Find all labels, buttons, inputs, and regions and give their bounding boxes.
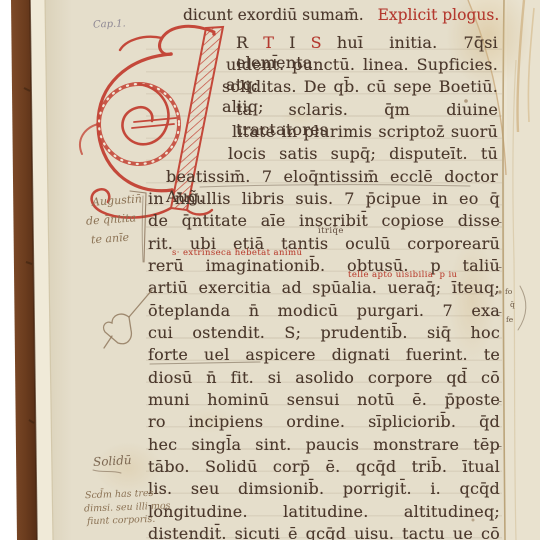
text-line: locis satis supq̄; disputeīt. tū [228,144,498,165]
prologue-ending-text: dicunt exordiū sumam̄. [183,6,364,24]
interlinear-gloss-red: telle apto uisibilia· p iu [348,270,457,280]
text-line: beatissim̄. 7 eloq̄ntissim̄ ecclē doctor… [166,167,498,188]
line-filler-dash: - [498,215,502,229]
opening-letter-r: R [236,33,248,52]
opening-letter-t: T [263,33,274,52]
text-line: cui ostendit. S; prudentib̄. siq̄ hoc [148,323,500,344]
initial-letter-text: A [114,44,201,183]
text-line: soliditas. De qb̄. cū sepe Boetiū. aliiq… [222,77,498,98]
opening-letter-i: I [289,33,296,52]
chapter-mark: Cap.1. [93,18,126,30]
edge-scribble: fe [506,315,513,324]
text-line: in n̄nullis libris suis. 7 p̄cipue in eo… [148,189,500,210]
header-line: dicunt exordiū sumam̄. Explicit plogus. [183,6,499,24]
text-line: muni hominū sensui notū ē. p̄poste [148,390,500,411]
text-line: artiū exercitia ad spūalia. ueraq̄; īteu… [148,278,500,299]
text-line: ōteplanda n̄ modicū purgari. 7 exa [148,301,500,322]
text-line: hec singl̄a sint. paucis monstrare tēp [148,435,500,456]
explicit-rubric: Explicit plogus. [378,6,500,24]
text-line: longitudine. latitudine. altitudineq; [148,502,500,523]
text-line-opening: RTIShuī initia. 7q̄si elementa [236,33,498,54]
text-line: ro incipiens ordine. sīpliciorib̄. q̄d [148,412,500,433]
interlinear-gloss-dark: ītriq̄e [318,226,344,236]
opening-letter-s: S [311,33,322,52]
text-line: tābo. Solidū corp̄ ē. qcq̄d trib̄. ītual [148,457,500,478]
text-line: litate in plurimis scriptoz̄ suorū [232,122,498,143]
text-line: forte uel aspicere dignati fuerint. te [148,345,500,366]
manuscript-photo: A [0,0,540,540]
text-line: ta sclaris. q̄m diuine tractatores [236,100,498,121]
edge-scribble: q̄ [510,300,515,309]
text-line: uident̄. punctū. linea. Supficies. atq; [226,55,498,76]
text-line: lis. seu dimsionib̄. porrigit̄. i. qcq̄d [148,479,500,500]
line-filler-dash: - [498,260,502,274]
text-line: diosū n̄ fit. si asolido corpore qd̄ cō [148,368,500,389]
line-filler-dash: - [498,439,502,453]
line-filler-dash: - [498,305,502,319]
margin-note-solidum: Solidū [93,453,132,469]
text-line: distendit̄. sicuti ē qcq̄d uisu. tactu u… [148,524,500,540]
edge-scribble: fo [505,287,512,296]
margin-note-augustinus: te anīe [91,231,130,247]
line-filler-dash: - [498,394,502,408]
interlinear-gloss-red: s· extrinseca hebetat animū [172,248,302,258]
